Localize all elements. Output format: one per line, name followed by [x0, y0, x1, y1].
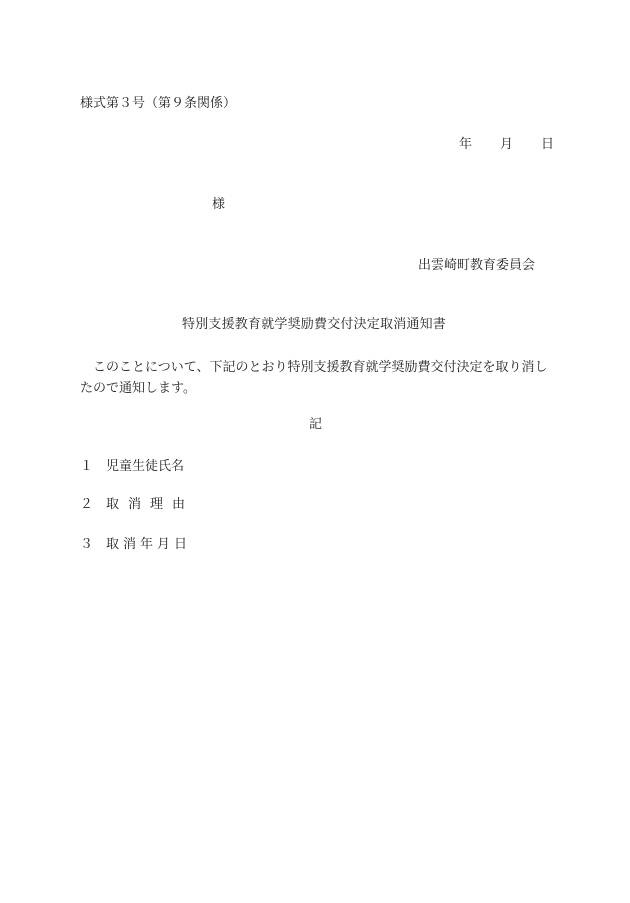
month-label: 月 — [500, 138, 513, 151]
day-label: 日 — [541, 138, 554, 151]
item-number: ３ — [80, 538, 106, 551]
document-title: 特別支援教育就学奨励費交付決定取消通知書 — [182, 318, 446, 331]
ki-heading: 記 — [309, 418, 322, 431]
item-label: 取消理由 — [106, 497, 194, 512]
form-number: 様式第３号（第９条関係） — [80, 97, 236, 110]
date-line: 年月日 — [459, 138, 554, 151]
item-number: ２ — [80, 498, 106, 511]
list-item-cancel-date: ３取消年月日 — [80, 538, 191, 551]
item-number: １ — [80, 460, 106, 473]
issuer-name: 出雲崎町教育委員会 — [418, 259, 535, 272]
item-label: 児童生徒氏名 — [106, 459, 184, 474]
year-label: 年 — [459, 138, 472, 151]
list-item-cancel-reason: ２取消理由 — [80, 498, 194, 511]
body-text: このことについて、下記のとおり特別支援教育就学奨励費交付決定を取り消したので通知… — [80, 360, 547, 396]
body-paragraph: このことについて、下記のとおり特別支援教育就学奨励費交付決定を取り消したので通知… — [80, 357, 550, 399]
list-item-student-name: １児童生徒氏名 — [80, 460, 184, 473]
recipient-suffix: 様 — [212, 198, 225, 211]
item-label: 取消年月日 — [106, 537, 191, 552]
